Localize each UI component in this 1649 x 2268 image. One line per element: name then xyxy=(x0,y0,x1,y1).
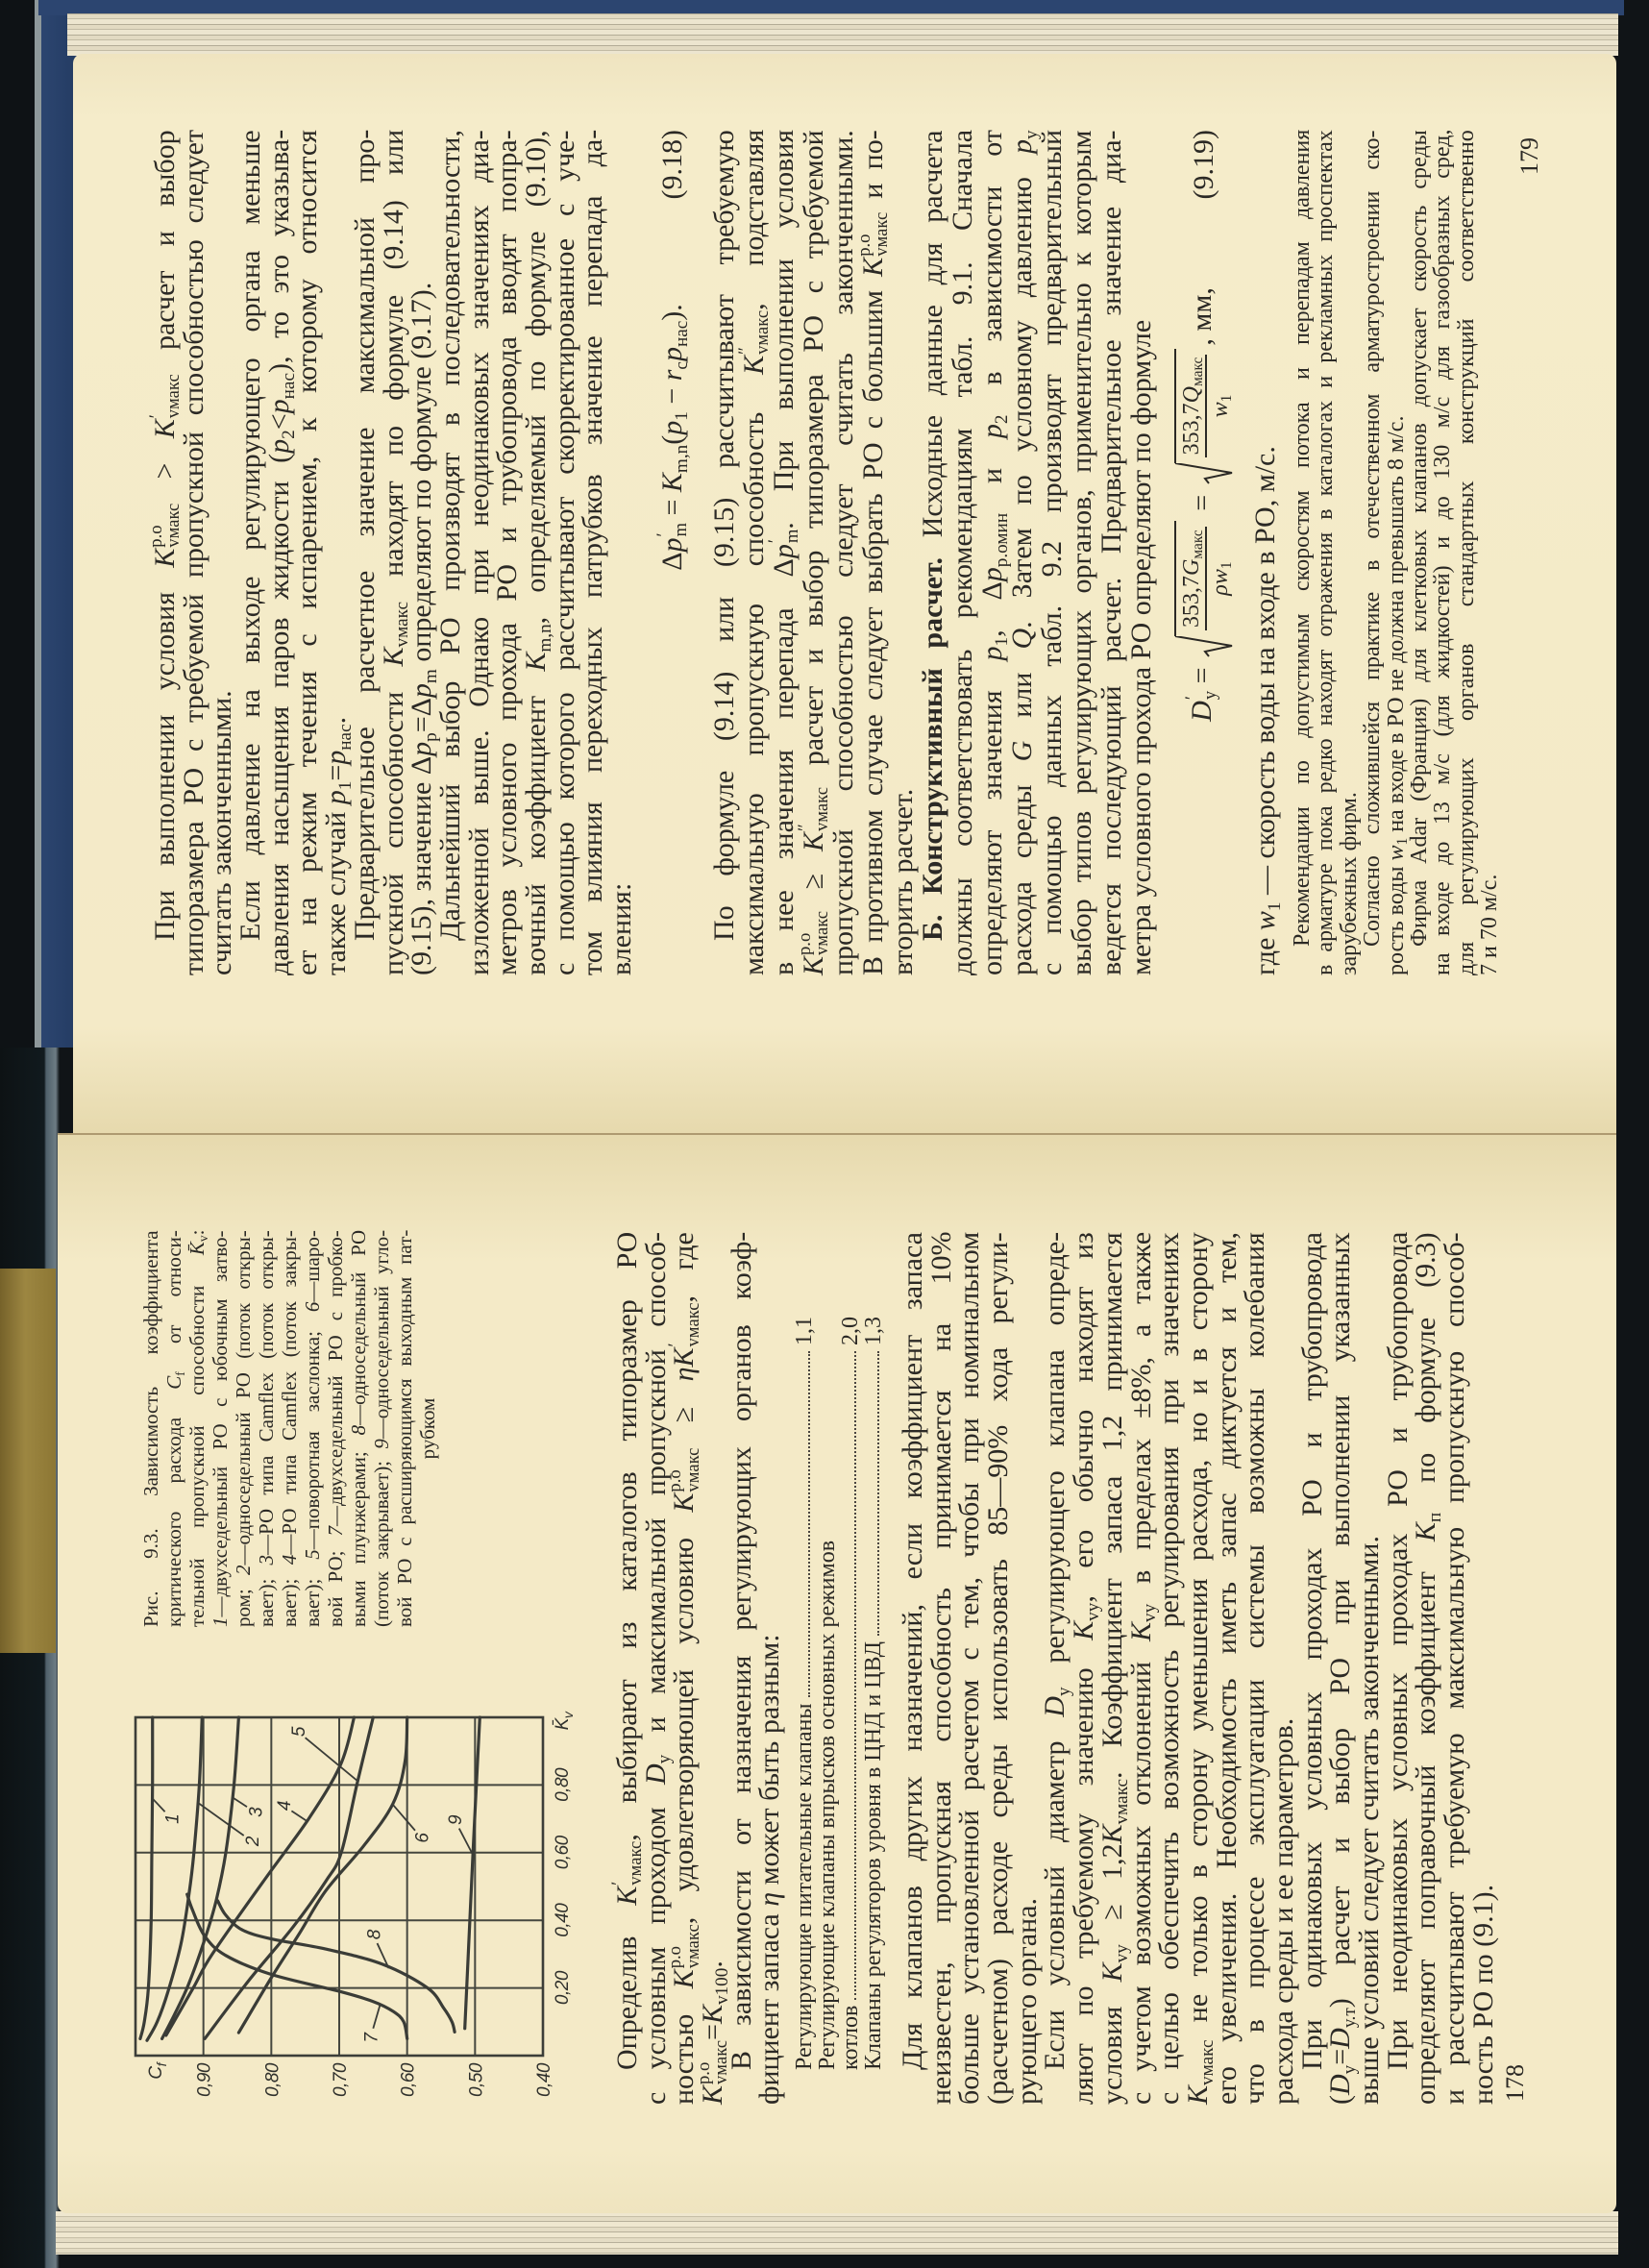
x-axis-label: K̄v xyxy=(553,1711,576,1730)
math-symbol: p xyxy=(1006,139,1038,154)
text-line-content: рубком xyxy=(416,1398,439,1460)
subscript: m xyxy=(421,669,441,683)
math-symbol: Q xyxy=(1179,386,1204,403)
body-text-line: и рассчитывают требуемую максимальную пр… xyxy=(1440,1232,1469,2105)
body-text-line: с условным проходом Dу и максимальной пр… xyxy=(642,1232,671,2105)
text-line-content: с учетом возможных отклонений Kvу в пред… xyxy=(1127,1232,1156,2105)
math-symbol: K xyxy=(520,653,552,672)
math-symbol: K xyxy=(1182,2085,1214,2105)
subscript: у xyxy=(654,1755,675,1764)
subscript: р xyxy=(421,732,441,742)
text-line-content: Kр.оvмакс ≥ K″vмакс расчет и выбор типор… xyxy=(799,130,828,975)
small-print-line: 7 и 70 м/с. xyxy=(1478,130,1501,975)
leader-line xyxy=(153,1799,164,1812)
text-line-content: метров условного прохода РО и трубопрово… xyxy=(493,130,522,975)
text-line-content: критического расхода Cf от относи- xyxy=(162,1230,185,1627)
text-line-content: в арматуре пока редко находят отражения … xyxy=(1314,130,1337,975)
text-line-content: вает); 4—РО типа Camflex (поток закры- xyxy=(278,1230,301,1627)
text-line-content: давления насыщения паров жидкости (p2<pн… xyxy=(265,130,294,975)
body-text-line: с учетом возможных отклонений Kvу в пред… xyxy=(1127,1232,1156,2105)
math-symbol: 4 xyxy=(278,1555,301,1565)
text-line-content: неизвестен, пропускная способность прини… xyxy=(927,1232,956,2105)
text-line-content: Рекомендации по допустимым скоростям пот… xyxy=(1291,130,1314,947)
formula-9-19: D′у = 353,7Gмаксρw1 = 353,7Qмаксw1, мм, … xyxy=(1156,130,1251,975)
caption-line: вает); 4—РО типа Camflex (поток закры- xyxy=(278,1230,301,1627)
text-line-content: (расчетном) расходе среды использовать 8… xyxy=(984,1232,1013,2105)
subscript: v xyxy=(196,1235,210,1242)
subscript: 1 xyxy=(1394,838,1411,846)
body-text-line: По формуле (9.14) или (9.15) рассчитываю… xyxy=(709,130,739,975)
table-row: Регулирующие питательные клапаны1,1 xyxy=(793,1317,816,2070)
math-symbol: p xyxy=(656,538,688,553)
text-line-content: с помощью которого рассчитывают скоррект… xyxy=(551,131,579,976)
math-symbol: K xyxy=(149,549,181,568)
body-text-line: ляют по требуемому значению Kvу, его обы… xyxy=(1070,1232,1098,2105)
curve-number-label: 4 xyxy=(275,1801,295,1812)
math-symbol: K xyxy=(1125,1622,1157,1641)
text-line-content: вторить расчет. xyxy=(888,789,918,975)
text-line-content: изложенной выше. Однако при неодинаковых… xyxy=(465,130,494,975)
body-text-line: что в процессе эксплуатации системы возм… xyxy=(1241,1232,1269,2105)
text-line-content: в нее значения перепада Δp′m. При выполн… xyxy=(769,130,799,975)
text-line-content: вления: xyxy=(607,883,636,975)
square-root: 353,7Gмаксρw1 xyxy=(1174,521,1234,657)
body-text-line: ет на режим течения с испарением, к кото… xyxy=(293,130,322,975)
math-symbol: G xyxy=(1179,559,1204,576)
book-spread-scan: 0,200,400,600,800,400,500,600,700,800,90… xyxy=(0,0,1649,2268)
curve-6 xyxy=(238,1717,406,2033)
text-line-content: пропускной способностью следует считать … xyxy=(828,130,858,975)
text-line-content: том влияния переходных патрубков значени… xyxy=(578,130,607,975)
superscript: ′ xyxy=(1184,691,1202,700)
body-text-line: типоразмера РО с требуемой пропускной сп… xyxy=(180,130,209,975)
table-row-label: Регулирующие клапаны впрысков основных р… xyxy=(815,1541,840,2070)
body-text-line: вочный коэффициент Km,n, определяемый по… xyxy=(522,130,551,975)
body-text-line: считать законченными. xyxy=(208,130,236,975)
curve-number-label: 7 xyxy=(362,2032,382,2043)
x-tick-label: 0,40 xyxy=(553,1903,573,1937)
gutter-fold xyxy=(58,1133,1616,1135)
math-symbol: r xyxy=(656,370,688,382)
subscript: у.т xyxy=(1340,2008,1360,2028)
scanner-edge xyxy=(0,1048,60,2268)
subscript: m,n xyxy=(672,445,692,473)
body-text-line: ведется последующий расчет. Предваритель… xyxy=(1096,130,1126,975)
math-symbol: 1 xyxy=(209,1617,232,1628)
denominator: w1 xyxy=(1207,392,1234,421)
subscript: 1 xyxy=(672,411,692,421)
text-line-content: Если давление на выходе регулирующего ор… xyxy=(236,130,265,941)
formula-expression: Δp′m = Km,n(p1 − rcpнас). xyxy=(656,304,689,571)
math-symbol: p xyxy=(406,742,437,756)
leader-line xyxy=(306,1738,357,1781)
body-text-line: в нее значения перепада Δp′m. При выполн… xyxy=(769,130,799,975)
table-row: котлов2,0 xyxy=(839,1317,862,2070)
subscript: нас xyxy=(335,724,356,750)
math-symbol: ρw xyxy=(1208,569,1233,596)
math-symbol: p xyxy=(976,646,1008,660)
math-symbol: p xyxy=(263,439,295,454)
y-tick-label: 0,40 xyxy=(534,2062,554,2097)
subscript: m xyxy=(673,523,691,536)
text-line-content: Фирма Adar (Франция) для клетковых клапа… xyxy=(1408,130,1431,947)
body-text-line: фициент запаса η может быть разным: xyxy=(755,1232,784,2105)
math-symbol: D xyxy=(1324,2074,1356,2095)
text-line-content: вает); 3—РО типа Camflex (поток откры- xyxy=(255,1230,278,1627)
text-line-content: зарубежных фирм. xyxy=(1338,792,1361,975)
body-text-line: рующего органа. xyxy=(1013,1232,1042,2105)
superscript: р.о xyxy=(667,1448,685,1492)
math-symbol: 3 xyxy=(255,1555,278,1565)
math-symbol: 2 xyxy=(232,1565,255,1576)
math-symbol: w xyxy=(1384,845,1409,860)
curve-2 xyxy=(147,1717,202,2040)
caption-line: (поток закрывает); 9—односедельный угло- xyxy=(370,1230,393,1627)
subscript: 1 xyxy=(335,781,356,791)
small-print-line: рость воды w1 на входе в РО не должна пр… xyxy=(1385,130,1408,975)
text-line-content: вой РО с расширяющимся выходным пат- xyxy=(393,1230,416,1627)
text-line-content: Если условный диаметр Dу регулирующего к… xyxy=(1041,1232,1070,2070)
body-text-line: пускной способности Kvмакс находят по фо… xyxy=(380,130,408,975)
text-line-content: ет на режим течения с испарением, к кото… xyxy=(293,130,322,975)
text-line-content: Дальнейший выбор РО производят в последо… xyxy=(436,130,465,941)
subscript: п xyxy=(1425,1513,1445,1522)
math-symbol: K xyxy=(798,832,829,851)
denominator: ρw1 xyxy=(1207,558,1234,598)
table-row-label-line: Регулирующие клапаны впрысков основных р… xyxy=(816,1317,839,2070)
text-line-content: рующего органа. xyxy=(1013,1898,1042,2105)
caption-line: вой РО; 7—двухседельный РО с пробко- xyxy=(324,1230,347,1627)
text-line-content: метра условного прохода РО определяют по… xyxy=(1126,320,1156,975)
body-text-line: определяют поправочный коэффициент Kп по… xyxy=(1412,1232,1440,2105)
body-text-line: изложенной выше. Однако при неодинаковых… xyxy=(465,130,494,975)
math-symbol: η xyxy=(668,1368,700,1382)
body-text-line: где w1 — скорость воды на входе в РО, м/… xyxy=(1251,130,1280,975)
subscript: 2 xyxy=(279,430,299,439)
formula-9-18: Δp′m = Km,n(p1 − rcpнас). (9.18) xyxy=(636,130,709,975)
body-text-line: (Dу=Dу.т) расчет и выбор РО при выполнен… xyxy=(1326,1232,1355,2105)
subscript: 1 xyxy=(992,637,1012,647)
math-symbol: p xyxy=(263,399,295,413)
math-symbol: K xyxy=(798,956,829,975)
body-text-line: пропускной способностью следует считать … xyxy=(828,130,858,975)
body-text-line: Если давление на выходе регулирующего ор… xyxy=(236,130,265,975)
text-line-content: ром; 2—односедельный РО (поток откры- xyxy=(232,1230,255,1627)
math-symbol: D xyxy=(640,1763,672,1785)
caption-line: вает); 3—РО типа Camflex (поток откры- xyxy=(255,1230,278,1627)
body-text-line: с целью обеспечить возможность регулиров… xyxy=(1155,1232,1184,2105)
run-in-heading: Б. Конструктивный расчет. xyxy=(917,557,948,941)
body-text: При выполнении условия Kр.оvмакс > K′vма… xyxy=(151,130,636,975)
math-symbol: K xyxy=(668,1493,700,1513)
subscript: у xyxy=(1202,691,1220,700)
body-text-line: с помощью которого рассчитывают скоррект… xyxy=(551,130,579,975)
body-text-line: Предварительное расчетное значение макси… xyxy=(351,130,380,975)
subscript: vмакс xyxy=(1112,1779,1132,1824)
table-row-value: 2,0 xyxy=(839,1317,862,1345)
text-line-content: для регулирующих органов стандартных кон… xyxy=(1455,130,1478,975)
subscript: у xyxy=(1021,130,1042,139)
dot-leader xyxy=(839,1351,856,2000)
text-line-content: Kр.оvмакс=Kv100. xyxy=(699,1960,727,2105)
text-line-content: ведется последующий расчет. Предваритель… xyxy=(1096,130,1126,975)
subscript: у xyxy=(1340,2065,1360,2075)
body-text: Для клапанов других назначений, если коэ… xyxy=(898,1232,1497,2105)
page-number: 179 xyxy=(1515,137,1544,231)
body-text-line: должны соответствовать рекомендациям таб… xyxy=(948,130,977,975)
text-line-content: что в процессе эксплуатации системы возм… xyxy=(1241,1232,1269,2105)
body-text-line: Для клапанов других назначений, если коэ… xyxy=(898,1232,927,2105)
body-text-line: том влияния переходных патрубков значени… xyxy=(578,130,607,975)
text-line-content: ность РО по (9.1). xyxy=(1469,1885,1498,2105)
fraction: 353,7Gмаксρw1 xyxy=(1174,521,1234,636)
math-symbol: p xyxy=(768,544,800,558)
curve-number-label: 3 xyxy=(246,1807,266,1817)
x-tick-label: 0,80 xyxy=(553,1767,573,1802)
math-symbol: K xyxy=(149,419,181,438)
body-text-line: Если условный диаметр Dу регулирующего к… xyxy=(1041,1232,1070,2105)
footnote-text: Рекомендации по допустимым скоростям пот… xyxy=(1291,130,1502,975)
math-symbol: K xyxy=(1096,1962,1128,1982)
math-symbol: w xyxy=(1208,402,1233,417)
equation-number: (9.18) xyxy=(656,130,689,199)
math-symbol: p xyxy=(976,424,1008,438)
body-text-line: При неодинаковых условных проходах РО и … xyxy=(1384,1232,1413,2105)
math-symbol: K xyxy=(738,356,770,375)
caption-line: рубком xyxy=(416,1230,439,1627)
math-symbol: D xyxy=(1039,1696,1071,1717)
superscript: р.о xyxy=(667,1924,685,1968)
subscript: m,n xyxy=(535,624,555,652)
subscript: р.омин xyxy=(992,513,1012,567)
text-line-content: считать законченными. xyxy=(208,690,236,975)
dot-leader xyxy=(862,1351,879,1636)
text-line-content: выми плунжерами; 8—односедельный РО xyxy=(347,1230,370,1627)
text-line-content: и рассчитывают требуемую максимальную пр… xyxy=(1440,1232,1469,2105)
math-symbol: p xyxy=(656,347,688,361)
math-symbol: 9 xyxy=(370,1439,393,1449)
curve-9 xyxy=(465,1717,480,2029)
text-line-content: с целью обеспечить возможность регулиров… xyxy=(1155,1232,1184,2105)
math-symbol: D xyxy=(1324,2028,1356,2049)
text-line-content: По формуле (9.14) или (9.15) рассчитываю… xyxy=(709,130,739,941)
caption-line: вой РО с расширяющимся выходным пат- xyxy=(393,1230,416,1627)
subscript: 2 xyxy=(992,414,1012,424)
body-text: По формуле (9.14) или (9.15) рассчитываю… xyxy=(709,130,1156,975)
math-symbol: K xyxy=(1096,1824,1128,1843)
text-line-content: вой РО; 7—двухседельный РО с пробко- xyxy=(324,1230,347,1627)
equation-number: (9.19) xyxy=(1188,130,1220,199)
leader-line xyxy=(199,1803,244,1836)
text-line-content: типоразмера РО с требуемой пропускной сп… xyxy=(180,130,209,975)
text-line-content: Определив K′vмакс, выбирают из каталогов… xyxy=(613,1232,642,2070)
text-line-content: на входе до 13 м/с (для жидкостей) и до … xyxy=(1431,130,1454,975)
text-line-content: должны соответствовать рекомендациям таб… xyxy=(948,130,977,975)
math-symbol: C xyxy=(162,1376,185,1390)
text-line-content: максимальную пропускную способность K″vм… xyxy=(739,130,769,975)
subscript: vу xyxy=(1112,1944,1132,1962)
subscript: f xyxy=(173,1371,187,1375)
text-line-content: вочный коэффициент Km,n, определяемый по… xyxy=(522,130,551,975)
curve-number-label: 1 xyxy=(162,1813,183,1824)
table-row-label: котлов xyxy=(839,2006,862,2070)
table-row: Клапаны регуляторов уровня в ЦНД и ЦВД1,… xyxy=(862,1317,885,2070)
body-text-line: больше установленной расчетом с тем, что… xyxy=(955,1232,984,2105)
curve-number-label: 8 xyxy=(364,1929,384,1939)
page-stack-edge xyxy=(56,2211,1618,2255)
math-symbol: 5 xyxy=(301,1549,324,1560)
text-line-content: тельной пропускной способности K̄v: xyxy=(185,1230,209,1627)
math-symbol: G xyxy=(1006,741,1038,762)
formula-expression: D′у = 353,7Gмаксρw1 = 353,7Qмаксw1, мм, xyxy=(1174,287,1234,722)
math-symbol: K̄ xyxy=(185,1242,209,1255)
curve-number-label: 2 xyxy=(243,1836,263,1847)
text-line-content: Для клапанов других назначений, если коэ… xyxy=(898,1232,927,2070)
y-axis-label: Cf xyxy=(146,2060,169,2079)
text-line-content: выбор типов регулирующих органов, примен… xyxy=(1067,130,1096,975)
text-line-content: также случай p1=pнас. xyxy=(322,717,351,975)
text-line-content: Согласно сложившейся практике в отечеств… xyxy=(1361,131,1384,948)
caption-line: тельной пропускной способности K̄v: xyxy=(185,1230,209,1627)
subscript: vу xyxy=(1140,1604,1160,1622)
body-text-line: максимальную пропускную способность K″vм… xyxy=(739,130,769,975)
y-tick-label: 0,80 xyxy=(262,2062,283,2097)
text-line-content: 1—двухседельный РО с юбочным затво- xyxy=(209,1230,232,1627)
text-line-content: При неодинаковых условных проходах РО и … xyxy=(1384,1232,1413,2070)
curve-number-label: 9 xyxy=(446,1814,466,1825)
caption-line: Рис. 9.3. Зависимость коэффициента xyxy=(139,1230,162,1627)
text-line-content: пускной способности Kvмакс находят по фо… xyxy=(380,130,408,975)
math-symbol: K xyxy=(668,1347,700,1367)
leader-line xyxy=(459,1829,473,1856)
text-line-content: Предварительное расчетное значение макси… xyxy=(351,130,380,941)
text-line-content: где w1 — скорость воды на входе в РО, м/… xyxy=(1251,446,1280,975)
small-print-line: для регулирующих органов стандартных кон… xyxy=(1455,130,1478,975)
body-text-line: ностью Kр.оvмакс, удовлетворяющей услови… xyxy=(670,1232,699,2105)
math-symbol: p xyxy=(320,790,352,804)
small-print-line: Согласно сложившейся практике в отечеств… xyxy=(1361,130,1384,975)
caption-line: ром; 2—односедельный РО (поток откры- xyxy=(232,1230,255,1627)
math-symbol: K xyxy=(1068,1621,1099,1640)
leader-line xyxy=(393,1805,415,1831)
index-stack: ′vмакс xyxy=(667,1302,702,1346)
text-line-content: расхода среды и ее параметров. xyxy=(1269,1718,1298,2105)
body-text-line: При выполнении условия Kр.оvмакс > K′vма… xyxy=(151,130,180,975)
body-text: Определив K′vмакс, выбирают из каталогов… xyxy=(613,1232,784,2105)
body-text-line: (расчетном) расходе среды использовать 8… xyxy=(984,1232,1013,2105)
math-symbol: K xyxy=(857,258,889,277)
caption-line: вает); 5—поворотная заслонка; 6—шаро- xyxy=(301,1230,324,1627)
index-stack: р.оvмакс xyxy=(856,212,892,257)
caption-line: критического расхода Cf от относи- xyxy=(162,1230,185,1627)
leader-line xyxy=(373,2006,380,2029)
text-line-content: (поток закрывает); 9—односедельный угло- xyxy=(370,1230,393,1627)
text-line-content: условия Kvу ≥ 1,2Kvмакс. Коэффициент зап… xyxy=(1098,1232,1127,2105)
body-text-line: также случай p1=pнас. xyxy=(322,130,351,975)
text-line-content: В зависимости от назначения регулирующих… xyxy=(727,1232,756,2070)
subscript: нас xyxy=(672,321,692,347)
curve-number-label: 5 xyxy=(289,1726,309,1737)
numerator: 353,7Gмакс xyxy=(1178,527,1207,630)
subscript: vмакс xyxy=(392,602,412,647)
body-text-line: Определив K′vмакс, выбирают из каталогов… xyxy=(613,1232,642,2105)
y-tick-label: 0,70 xyxy=(331,2062,351,2097)
body-text-line: В противном случае следует выбрать РО с … xyxy=(858,130,888,975)
index-stack: ′у xyxy=(1184,691,1219,700)
body-text: где w1 — скорость воды на входе в РО, м/… xyxy=(1251,130,1280,975)
y-tick-label: 0,90 xyxy=(195,2062,215,2097)
body-text-line: метра условного прохода РО определяют по… xyxy=(1126,130,1156,975)
index-stack: р.оvмакс xyxy=(667,1448,702,1492)
body-text-line: выбор типов регулирующих органов, примен… xyxy=(1067,130,1096,975)
numerator: 353,7Qмакс xyxy=(1178,355,1207,458)
radical-sign-icon xyxy=(1174,636,1234,657)
body-text-line: выше условий следует считать законченным… xyxy=(1355,1232,1384,2105)
subscript: c xyxy=(672,361,692,370)
subscript: 1 xyxy=(1218,561,1235,569)
subscript: 1 xyxy=(1218,395,1235,403)
table-row-value: 1,1 xyxy=(793,1317,816,1345)
math-symbol: 6 xyxy=(301,1302,324,1313)
fraction: 353,7Qмаксw1 xyxy=(1174,349,1234,464)
math-symbol: p xyxy=(406,683,437,698)
small-print-line: на входе до 13 м/с (для жидкостей) и до … xyxy=(1431,130,1454,975)
text-line-content: вает); 5—поворотная заслонка; 6—шаро- xyxy=(301,1230,324,1627)
math-symbol: w xyxy=(1249,911,1281,930)
small-print-line: Рекомендации по допустимым скоростям пот… xyxy=(1291,130,1314,975)
body-text-line: определяют значения p1, Δpр.омин и p2 в … xyxy=(977,130,1007,975)
math-symbol: K xyxy=(697,2005,728,2024)
x-tick-label: 0,60 xyxy=(553,1835,573,1869)
x-tick-label: 0,20 xyxy=(553,1970,573,2005)
math-symbol: p xyxy=(320,751,352,765)
safety-factor-table: Регулирующие питательные клапаны1,1Регул… xyxy=(793,1317,885,2070)
math-symbol: D xyxy=(1185,701,1217,722)
index-stack: ′m xyxy=(655,523,691,536)
text-line-content: определяют поправочный коэффициент Kп по… xyxy=(1412,1232,1440,2105)
text-line-content: 7 и 70 м/с. xyxy=(1478,875,1501,975)
subscript: vу xyxy=(1083,1603,1103,1621)
text-line-content: фициент запаса η может быть разным: xyxy=(755,1634,784,2105)
math-symbol: K xyxy=(611,1886,643,1906)
body-text-line: условия Kvу ≥ 1,2Kvмакс. Коэффициент зап… xyxy=(1098,1232,1127,2105)
y-tick-label: 0,60 xyxy=(399,2062,419,2097)
subscript: vмакс xyxy=(874,212,892,257)
subscript: vмакс xyxy=(685,1448,703,1492)
math-symbol: η xyxy=(753,1892,785,1907)
body-text-line: его увеличения. Необходимость иметь запа… xyxy=(1213,1232,1242,2105)
page-number: 178 xyxy=(1501,2064,1530,2102)
book-cover-edge xyxy=(0,0,77,1048)
square-root: 353,7Qмаксw1 xyxy=(1174,349,1234,485)
math-symbol: K xyxy=(1410,1522,1441,1541)
cf-vs-kv-chart: 0,200,400,600,800,400,500,600,700,800,90… xyxy=(113,1696,594,2109)
text-line-content: Kvмакс не только в сторону уменьшения ра… xyxy=(1184,1232,1213,2105)
subscript: 1 xyxy=(1265,902,1285,912)
subscript: макс xyxy=(1190,357,1206,386)
body-text-line: (9.15), значение Δpр=Δpm определяют по ф… xyxy=(407,130,436,975)
body-text-line: При одинаковых условных проходах РО и тр… xyxy=(1298,1232,1327,2105)
text-line-content: рость воды w1 на входе в РО не должна пр… xyxy=(1385,416,1408,975)
superscript: ′ xyxy=(667,1302,685,1346)
text-line-content: с условным проходом Dу и максимальной пр… xyxy=(642,1232,671,2105)
small-print-line: Фирма Adar (Франция) для клетковых клапа… xyxy=(1408,130,1431,975)
text-line-content: Б. Конструктивный расчет. Исходные данны… xyxy=(918,130,948,941)
dot-leader xyxy=(793,1351,810,1697)
body-text-line: неизвестен, пропускная способность прини… xyxy=(927,1232,956,2105)
subscript: у xyxy=(1054,1687,1074,1696)
subscript: v100 xyxy=(712,1968,732,2005)
